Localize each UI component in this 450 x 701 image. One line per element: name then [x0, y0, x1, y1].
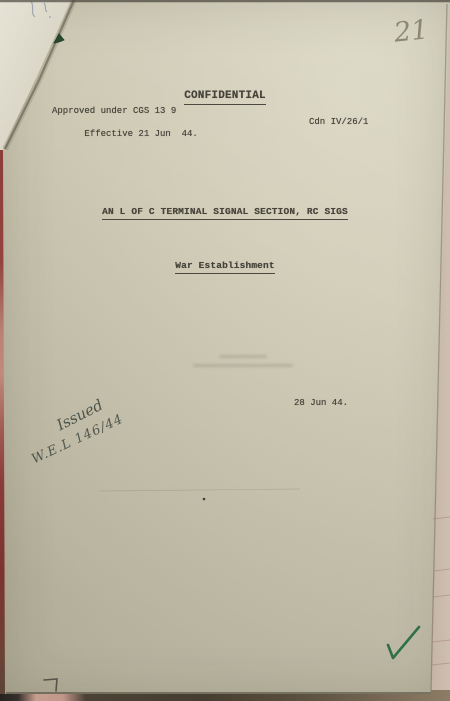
stamp-smudge-line — [219, 355, 267, 358]
stamp-smudge-line — [193, 364, 293, 367]
document-title: AN L OF C TERMINAL SIGNAL SECTION, RC SI… — [102, 206, 348, 220]
document-photo: CONFIDENTIAL Approved under CGS 13 9 Eff… — [0, 0, 450, 701]
pencil-page-number: 21 — [392, 14, 429, 48]
document-subtitle-line: War Establishment — [0, 260, 450, 271]
document-page: CONFIDENTIAL Approved under CGS 13 9 Eff… — [0, 0, 450, 701]
handwritten-note-line-2: W.E.L 146/44 — [29, 412, 125, 468]
reference-number: Cdn IV/26/1 — [309, 117, 368, 127]
document-subtitle: War Establishment — [175, 260, 274, 274]
classification-line: CONFIDENTIAL — [0, 90, 450, 102]
document-date: 28 Jun 44. — [294, 398, 348, 408]
approval-line-2: Effective 21 Jun 44. — [84, 129, 197, 139]
document-title-line: AN L OF C TERMINAL SIGNAL SECTION, RC SI… — [0, 206, 450, 217]
approval-block: Approved under CGS 13 9 Effective 21 Jun… — [52, 106, 198, 141]
faint-illegible-stamp — [193, 352, 301, 374]
handwritten-note-line-1: Issued — [54, 396, 106, 434]
classification-text: CONFIDENTIAL — [184, 90, 266, 105]
approval-line-1: Approved under CGS 13 9 — [52, 106, 176, 116]
